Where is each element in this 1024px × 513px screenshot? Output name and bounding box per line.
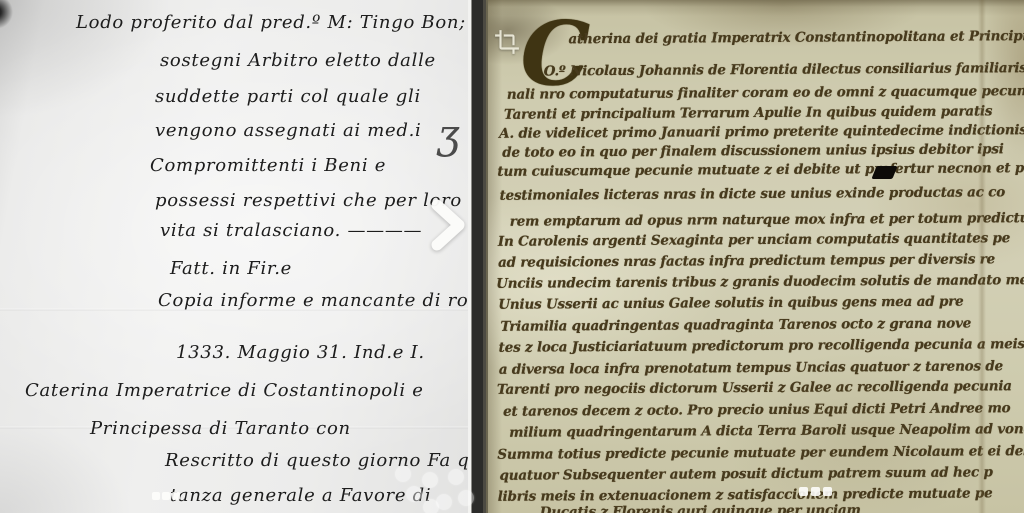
more-handle-left[interactable] [152, 492, 180, 500]
manuscript-line: Rescritto di questo giorno Fa quie [165, 450, 500, 471]
manuscript-line: Caterina Imperatrice di Costantinopoli e [25, 380, 424, 401]
manuscript-line: libris meis in extenuacionem z satisfacc… [498, 485, 993, 504]
manuscript-line: Tarenti pro negociis dictorum Usserii z … [497, 378, 1012, 398]
manuscript-line: Principessa di Taranto con [90, 418, 351, 439]
manuscript-line: et tarenos decem z octo. Pro precio uniu… [503, 400, 1010, 420]
manuscript-line: tanza generale a Favore di [170, 485, 431, 506]
page-divider [468, 0, 488, 513]
dot [162, 492, 170, 500]
dot [811, 487, 820, 496]
manuscript-line: quatuor Subsequenter autem posuit dictum… [499, 464, 992, 483]
manuscript-line: O.º Nicolaus Johannis de Florentia dilec… [544, 60, 1024, 80]
manuscript-line: ad requisiciones nras factas infra predi… [498, 251, 995, 270]
manuscript-line: de toto eo in quo per finalem discussion… [502, 141, 1004, 161]
manuscript-line: Summa totius predicte pecunie mutuate pe… [497, 443, 1024, 463]
manuscript-line: tum cuiuscumque pecunie mutuate z ei deb… [497, 160, 1024, 180]
right-page-image[interactable]: C atherina dei gratia Imperatrix Constan… [488, 0, 1024, 513]
parchment-crease [978, 0, 986, 513]
latin-text-block: C atherina dei gratia Imperatrix Constan… [486, 0, 1024, 513]
manuscript-line: Triamilia quadringentas quadraginta Tare… [500, 316, 971, 335]
manuscript-viewer: Lodo proferito dal pred.º M: Tingo Bon; … [0, 0, 1024, 513]
manuscript-date-line: 1333. Maggio 31. Ind.e I. [176, 342, 425, 363]
manuscript-line: Lodo proferito dal pred.º M: Tingo Bon; [76, 12, 466, 33]
next-page-chevron-icon[interactable] [428, 196, 468, 254]
manuscript-line: A. die videlicet primo Januarii primo pr… [499, 122, 1024, 142]
manuscript-line: Fatt. in Fir.e [170, 258, 292, 279]
manuscript-line: Copia informe e mancante di rogito. [158, 290, 513, 311]
manuscript-line: vengono assegnati ai med.i [155, 120, 421, 141]
manuscript-line: tes z loca Justiciariatuum predictorum p… [499, 336, 1024, 356]
manuscript-line: testimoniales licteras nras in dicte sue… [500, 184, 1006, 204]
more-handle-right[interactable] [799, 487, 832, 496]
manuscript-line: a diversa loca infra prenotatum tempus U… [499, 358, 1003, 378]
manuscript-line: rem emptarum ad opus nrm naturque mox in… [510, 210, 1024, 230]
dot [799, 487, 808, 496]
manuscript-line: Tarenti et principalium Terrarum Apulie … [504, 103, 992, 122]
manuscript-line: nali nro computaturus finaliter coram eo… [507, 83, 1024, 103]
dot [823, 487, 832, 496]
manuscript-line: vita si tralasciano. ———— [160, 220, 422, 241]
manuscript-line: Unciis undecim tarenis tribus z granis d… [496, 272, 1024, 292]
manuscript-line: suddette parti col quale gli [155, 86, 421, 107]
dot [152, 492, 160, 500]
manuscript-line: Compromittenti i Beni e [150, 155, 386, 176]
pen-flourish: ʒ [437, 112, 460, 158]
manuscript-line: Unius Usserii ac unius Galee solutis in … [498, 294, 963, 313]
manuscript-line: Ducatis z Florenis auri quinque per unci… [540, 502, 861, 513]
manuscript-line: sostegni Arbitro eletto dalle [160, 50, 436, 71]
manuscript-line: In Carolenis argenti Sexaginta per uncia… [498, 230, 1010, 250]
left-page-image[interactable]: Lodo proferito dal pred.º M: Tingo Bon; … [0, 0, 471, 513]
manuscript-line: milium quadringentarum A dicta Terra Bar… [509, 421, 1024, 441]
manuscript-line: atherina dei gratia Imperatrix Constanti… [568, 28, 1024, 47]
illuminated-initial: C [520, 9, 591, 97]
manuscript-line: possessi respettivi che per loro [155, 190, 462, 211]
dot [172, 492, 180, 500]
crop-icon[interactable] [494, 29, 520, 55]
